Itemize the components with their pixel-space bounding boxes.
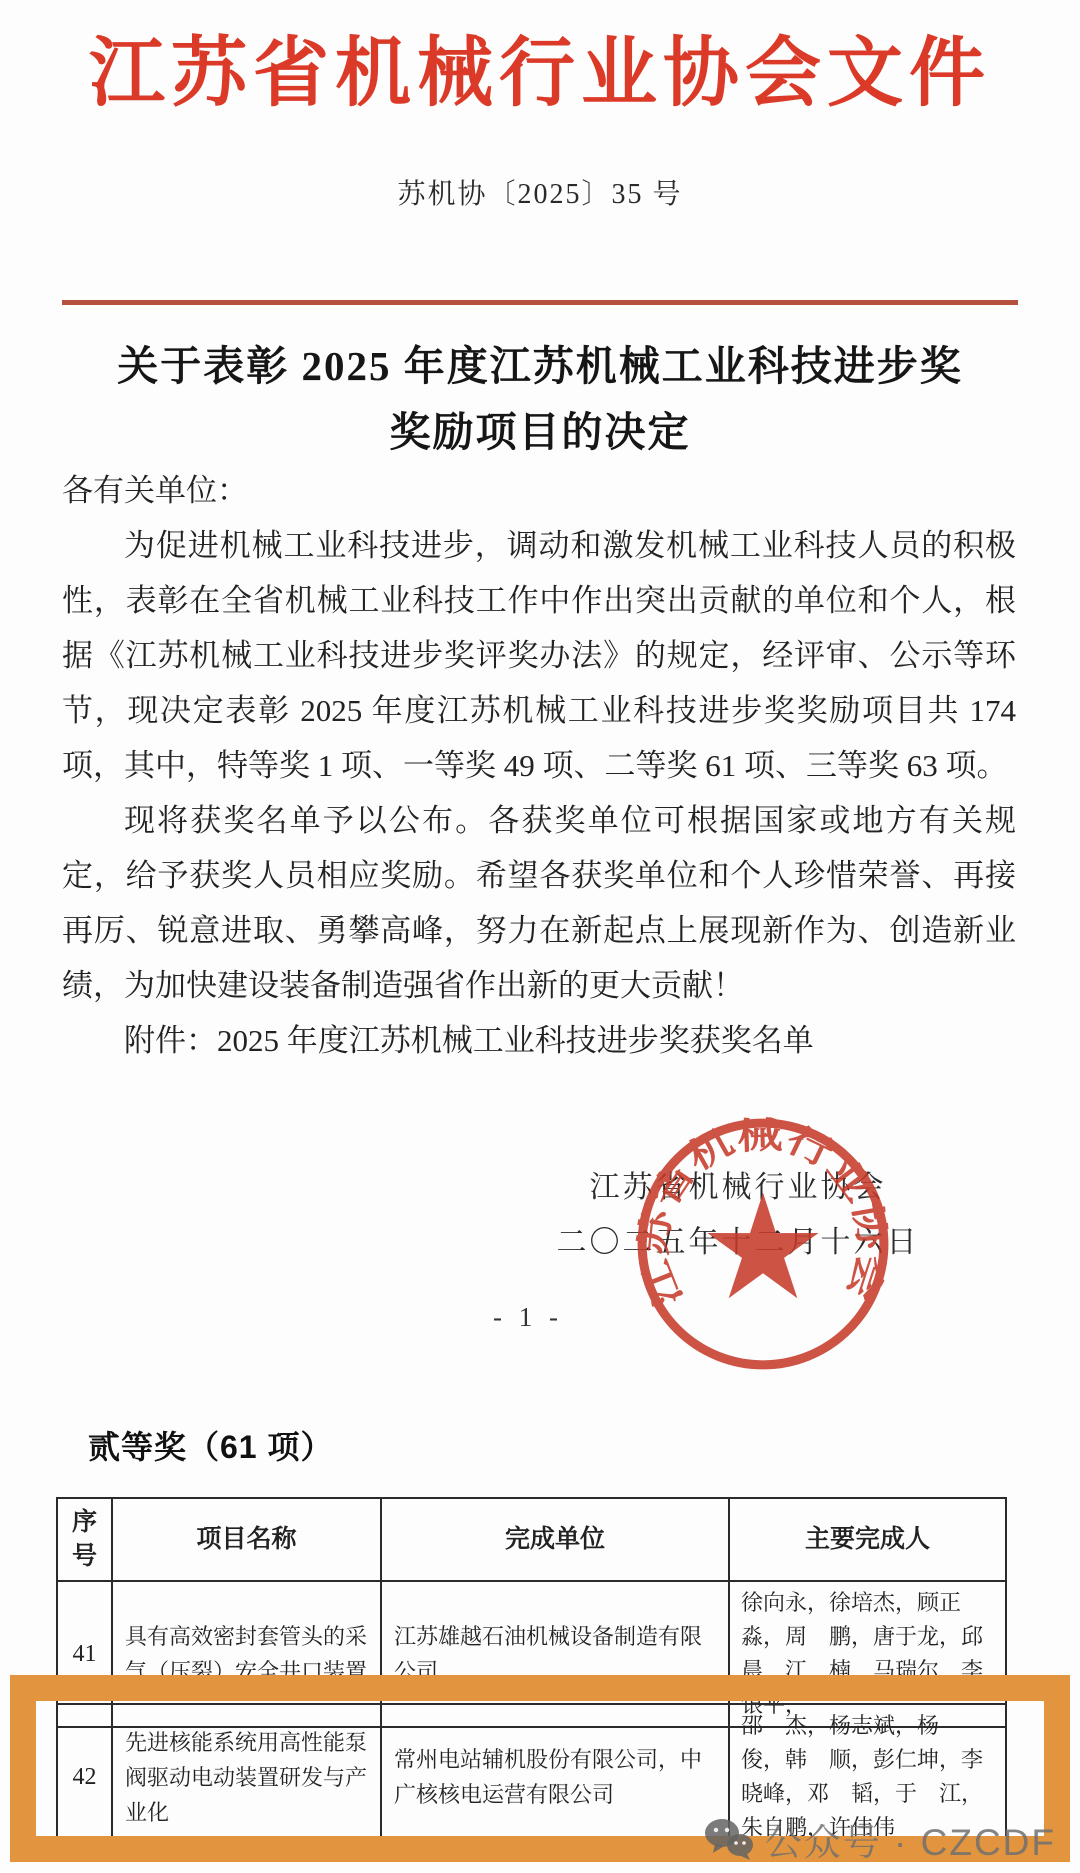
header-cell-project: 项目名称 — [112, 1498, 381, 1581]
salutation: 各有关单位： — [62, 463, 1016, 518]
doc-number: 苏机协〔2025〕35 号 — [0, 172, 1080, 212]
doc-title-line2: 奖励项目的决定 — [0, 399, 1080, 465]
attachment-line: 附件：2025 年度江苏机械工业科技进步奖获奖名单 — [62, 1013, 1016, 1068]
org-header-title: 江苏省机械行业协会文件 — [0, 12, 1080, 121]
doc-body: 各有关单位： 为促进机械工业科技进步，调动和激发机械工业科技人员的积极性，表彰在… — [62, 463, 1016, 1068]
doc-title: 关于表彰 2025 年度江苏机械工业科技进步奖 奖励项目的决定 — [0, 333, 1080, 465]
red-divider-rule — [62, 300, 1018, 305]
watermark-label: 公众号 · CZCDF — [765, 1812, 1056, 1866]
award-section-heading: 贰等奖（61 项） — [88, 1422, 334, 1468]
doc-title-line1: 关于表彰 2025 年度江苏机械工业科技进步奖 — [0, 333, 1080, 399]
body-paragraph-1: 为促进机械工业科技进步，调动和激发机械工业科技人员的积极性，表彰在全省机械工业科… — [62, 518, 1016, 793]
body-paragraph-2: 现将获奖名单予以公布。各获奖单位可根据国家或地方有关规定，给予获奖人员相应奖励。… — [62, 793, 1016, 1013]
header-cell-seq: 序号 — [57, 1498, 112, 1581]
table-header-row: 序号 项目名称 完成单位 主要完成人 — [57, 1498, 1006, 1581]
seal-star-icon — [707, 1193, 818, 1299]
header-cell-people: 主要完成人 — [729, 1498, 1006, 1581]
wechat-icon — [703, 1817, 755, 1861]
official-document-page: 江苏省机械行业协会文件 苏机协〔2025〕35 号 关于表彰 2025 年度江苏… — [0, 0, 1080, 1873]
official-seal: 江苏省机械行业协会 — [627, 1108, 899, 1380]
header-cell-org: 完成单位 — [381, 1498, 729, 1581]
watermark: 公众号 · CZCDF — [703, 1812, 1056, 1866]
